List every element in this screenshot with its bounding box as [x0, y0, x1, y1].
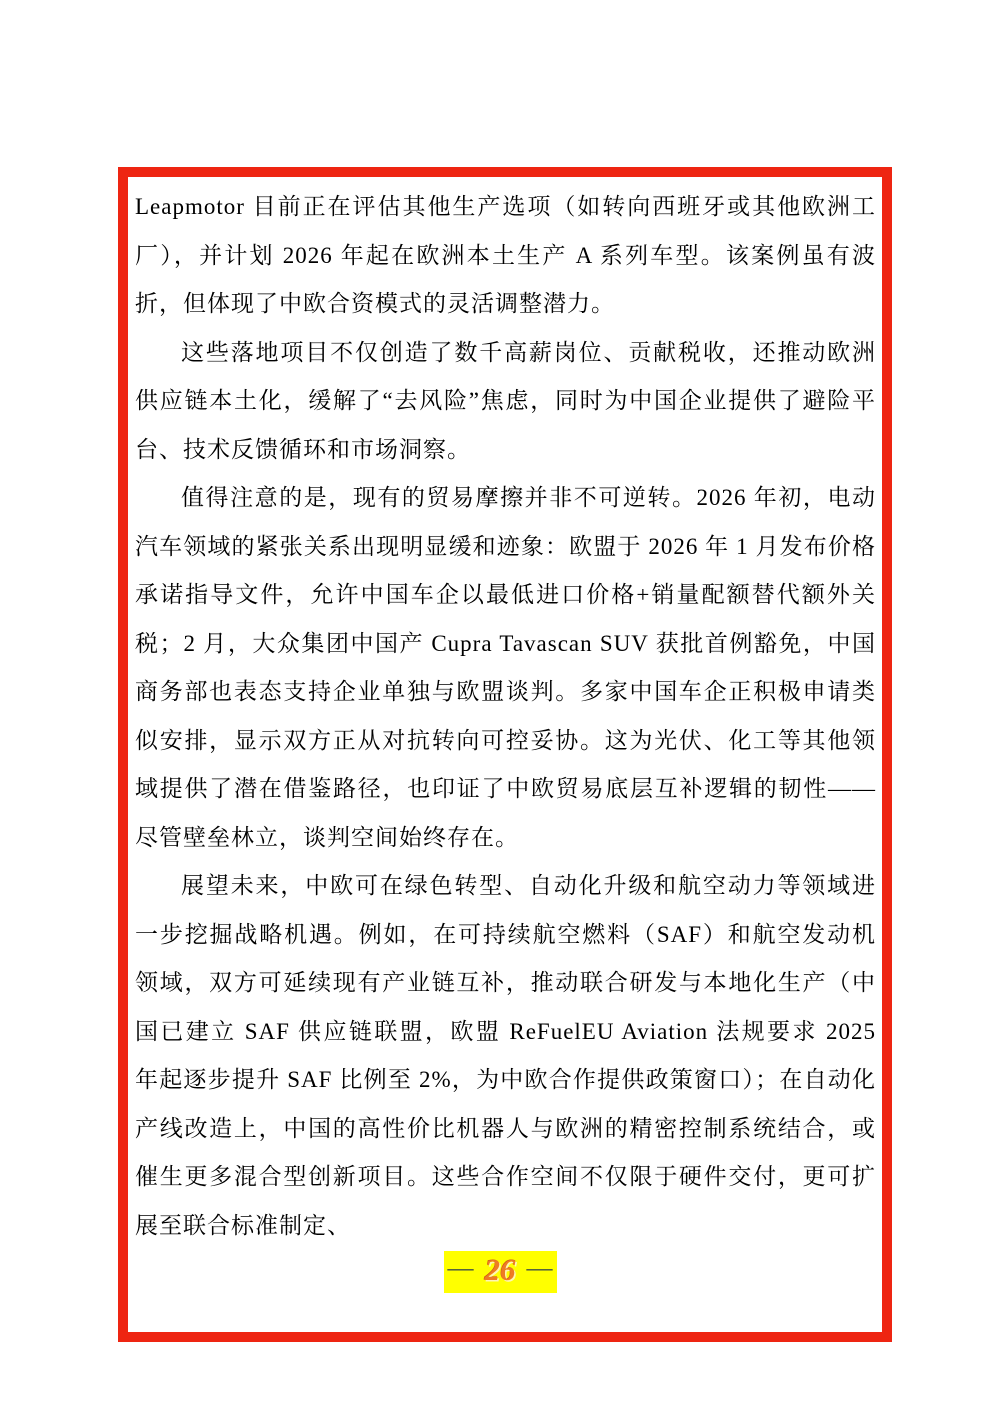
footer-dash-right: — — [527, 1253, 553, 1283]
page-number: 26 — [485, 1255, 516, 1285]
paragraph: 这些落地项目不仅创造了数千高薪岗位、贡献税收，还推动欧洲供应链本土化，缓解了“去… — [135, 329, 876, 475]
paragraph: 展望未来，中欧可在绿色转型、自动化升级和航空动力等领域进一步挖掘战略机遇。例如，… — [135, 862, 876, 1250]
paragraph: 值得注意的是，现有的贸易摩擦并非不可逆转。2026 年初，电动汽车领域的紧张关系… — [135, 474, 876, 862]
paragraph: Leapmotor 目前正在评估其他生产选项（如转向西班牙或其他欧洲工厂），并计… — [135, 183, 876, 329]
page-number-highlight: — 26 — — [444, 1251, 557, 1293]
page-footer: — 26 — — [0, 1251, 1000, 1293]
page-border-frame: Leapmotor 目前正在评估其他生产选项（如转向西班牙或其他欧洲工厂），并计… — [118, 167, 892, 1342]
document-page: Leapmotor 目前正在评估其他生产选项（如转向西班牙或其他欧洲工厂），并计… — [0, 0, 1000, 1414]
footer-dash-left: — — [448, 1253, 474, 1283]
body-text: Leapmotor 目前正在评估其他生产选项（如转向西班牙或其他欧洲工厂），并计… — [128, 177, 882, 1250]
